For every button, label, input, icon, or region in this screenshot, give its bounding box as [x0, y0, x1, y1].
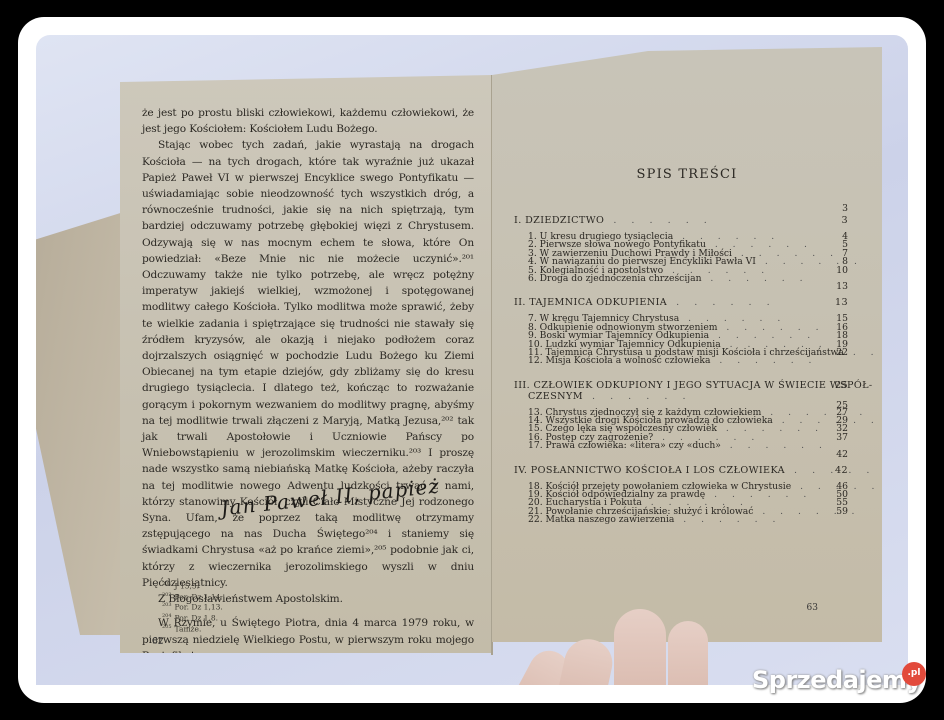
page-number: 62 [152, 637, 163, 647]
footnote: 201J 15,5. [162, 580, 223, 591]
toc-entry [514, 290, 844, 297]
watermark-badge: .pl [902, 662, 926, 686]
paragraph: że jest po prostu bliski człowiekowi, ka… [142, 105, 474, 137]
toc-section: II. TAJEMNICA ODKUPIENIA . . . . . .13 [514, 297, 844, 308]
toc-entry: CZESNYM . . . . . . [514, 391, 844, 402]
toc-page-number: 3 [842, 205, 848, 213]
toc-entry [514, 373, 844, 380]
watermark-logo: Sprzedajemy [752, 666, 922, 694]
toc-entry: 6. Droga do zjednoczenia chrześcijan . .… [514, 275, 844, 283]
toc-title: SPIS TREŚCI [492, 167, 882, 182]
page-number: 63 [807, 603, 818, 613]
left-page: że jest po prostu bliski człowiekowi, ka… [120, 75, 492, 653]
toc-section: IV. POSŁANNICTWO KOŚCIOŁA I LOS CZŁOWIEK… [514, 465, 844, 476]
toc-entry: 13 [514, 283, 844, 290]
toc-page-number: 42 [835, 465, 848, 476]
toc-page-number: 22 [836, 349, 848, 357]
toc-page-number: 10 [836, 267, 848, 275]
right-page: SPIS TREŚCI 3I. DZIEDZICTWO . . . . . .3… [492, 47, 882, 642]
toc-entry: 22. Matka naszego zawierzenia . . . . . … [514, 516, 844, 524]
photo: że jest po prostu bliski człowiekowi, ka… [36, 35, 908, 685]
toc-entry [514, 532, 844, 539]
table-of-contents: 3I. DZIEDZICTWO . . . . . .31. U kresu d… [514, 205, 844, 539]
footnote: 203Por. Dz 1,13. [162, 601, 223, 612]
footnote: 202Por. Dz 1,14. [162, 591, 223, 602]
toc-entry: 3 [514, 205, 844, 215]
toc-page-number: 37 [836, 434, 848, 442]
footnotes: 201J 15,5.202Por. Dz 1,14.203Por. Dz 1,1… [162, 580, 223, 634]
toc-section: I. DZIEDZICTWO . . . . . .3 [514, 215, 844, 226]
toc-page-number: 59 [836, 508, 848, 516]
paragraph: Stając wobec tych zadań, jakie wyrastają… [142, 137, 474, 591]
footnote: 205Tamże. [162, 623, 223, 634]
toc-entry [514, 366, 844, 373]
toc-entry: 17. Prawa człowieka: «litera» czy «duch»… [514, 442, 844, 450]
toc-page-number: 25 [835, 380, 848, 391]
toc-entry: 12. Misja Kościoła a wolność człowieka .… [514, 357, 844, 365]
toc-entry: 42 [514, 451, 844, 458]
hand-fingers [522, 609, 712, 685]
footnote: 204Por. Dz 1,8. [162, 612, 223, 623]
toc-entry [514, 458, 844, 465]
toc-section: III. CZŁOWIEK ODKUPIONY I JEGO SYTUACJA … [514, 380, 844, 391]
toc-entry [514, 525, 844, 532]
toc-page-number: 3 [841, 215, 848, 226]
toc-page-number: 13 [835, 297, 848, 308]
